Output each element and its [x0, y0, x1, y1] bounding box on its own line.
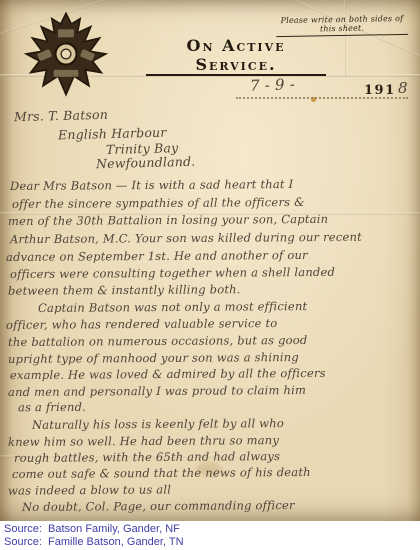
- letter-line: as a friend.: [18, 400, 86, 414]
- printed-year: 191: [364, 83, 396, 98]
- address-line: English Harbour: [58, 125, 167, 143]
- letterhead-notice: Please write on both sides of this sheet…: [276, 14, 408, 37]
- letter-line: come out safe & sound that the news of h…: [12, 465, 311, 481]
- letter-scan: Please write on both sides of this sheet…: [0, 0, 420, 521]
- letterhead-title: On Active Service.: [146, 36, 326, 76]
- paper-crease: [344, 0, 346, 78]
- letter-line: upright type of manhood your son was a s…: [8, 350, 299, 366]
- letter-line: rough battles, with the 65th and had alw…: [14, 449, 280, 465]
- letter-line: Naturally his loss is keenly felt by all…: [32, 416, 284, 432]
- letter-line: was indeed a blow to us all: [8, 482, 171, 497]
- letter-line: and men and personally I was proud to cl…: [8, 383, 306, 399]
- letter-line: the battalion on numerous occasions, but…: [8, 333, 308, 349]
- letter-line: offer the sincere sympathies of all the …: [12, 195, 305, 211]
- letter-line: example. He was loved & admired by all t…: [10, 366, 326, 382]
- handwritten-year-digit: 8: [398, 79, 408, 97]
- source-captions: Source: Batson Family, Gander, NF Source…: [0, 521, 420, 550]
- letter-line: advance on September 1st. He and another…: [6, 248, 308, 264]
- letter-line: men of the 30th Battalion in losing your…: [8, 212, 328, 228]
- source-caption-en: Source: Batson Family, Gander, NF: [4, 523, 420, 536]
- letter-line: Arthur Batson, M.C. Your son was killed …: [10, 230, 362, 246]
- letter-line: officer, who has rendered valuable servi…: [6, 316, 277, 332]
- address-line: Mrs. T. Batson: [14, 107, 108, 124]
- letter-line: officers were consulting together when a…: [10, 265, 335, 281]
- letter-line: knew him so well. He had been thru so ma…: [8, 433, 279, 449]
- source-caption-fr: Source: Famille Batson, Gander, TN: [4, 536, 420, 549]
- letter-line: Dear Mrs Batson — It is with a sad heart…: [10, 177, 293, 193]
- letter-line: between them & instantly killing both.: [8, 282, 241, 298]
- handwritten-date: 7 - 9 -: [250, 75, 296, 95]
- maple-leaf-badge-icon: [22, 8, 110, 100]
- letter-line: Captain Batson was not only a most effic…: [38, 299, 307, 315]
- address-line: Newfoundland.: [96, 154, 196, 172]
- letter-line: No doubt, Col. Page, our commanding offi…: [22, 498, 295, 514]
- archival-scan-view: Please write on both sides of this sheet…: [0, 0, 420, 550]
